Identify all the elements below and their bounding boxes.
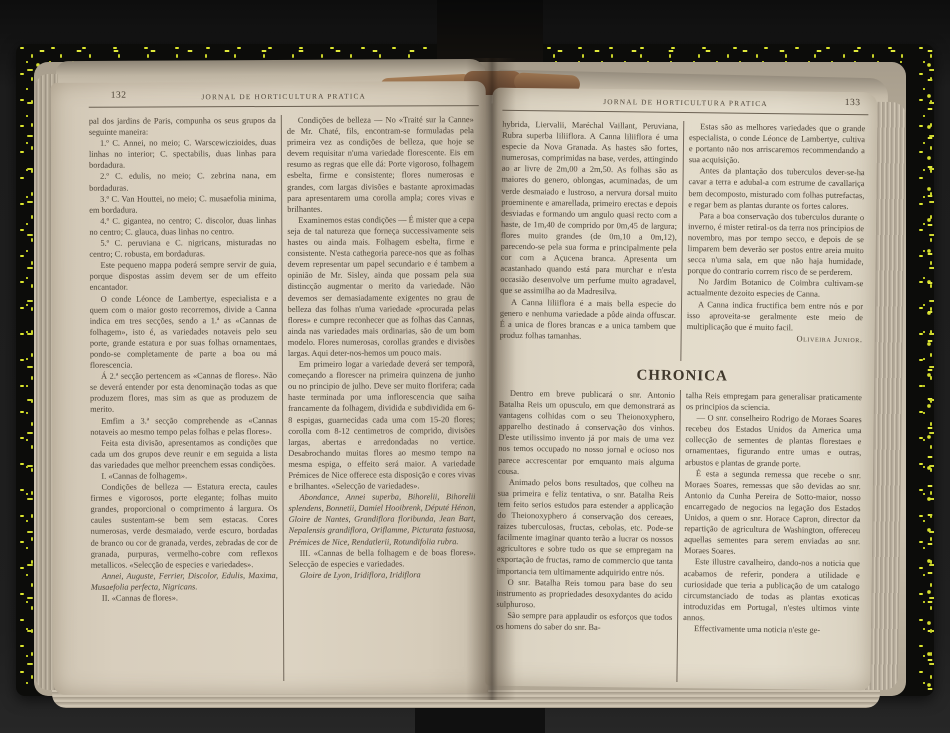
article-columns: hybrida, Liervalii, Maréchal Vaillant, P… xyxy=(499,119,868,363)
paragraph: Em primeiro logar a variedade deverá ser… xyxy=(288,358,476,492)
running-title: JORNAL DE HORTICULTURA PRATICA xyxy=(502,96,868,109)
running-title: JORNAL DE HORTICULTURA PRATICA xyxy=(89,91,479,102)
paragraph-variety-list: Abondance, Annei superba, Bihorelii, Bih… xyxy=(288,491,475,547)
paragraph: Estas são as melhores variedades que o g… xyxy=(689,121,866,168)
paragraph: Para a boa conservação dos tuberculos du… xyxy=(687,210,864,279)
paragraph: A Canna liliiflora é a mais bella especi… xyxy=(500,296,677,343)
left-page-header: 132 JORNAL DE HORTICULTURA PRATICA xyxy=(89,89,479,105)
column-divider xyxy=(281,115,284,681)
chronica-column-2: talha Reis empregam para generalisar pra… xyxy=(682,390,862,684)
paragraph: hybrida, Liervalii, Maréchal Vaillant, P… xyxy=(500,119,678,299)
article-column-2: Estas são as melhores variedades que o g… xyxy=(686,121,865,363)
right-page-content: JORNAL DE HORTICULTURA PRATICA 133 hybri… xyxy=(495,94,868,684)
paragraph-variety-list: Gloire de Lyon, Iridiflora, Iridiflora xyxy=(289,569,476,581)
paragraph: São sempre para applaudir os esforços qu… xyxy=(496,610,672,634)
paragraph: Effectivamente uma noticia n'este ge- xyxy=(683,623,859,636)
paragraph: Feita esta divisão, apresentamos as cond… xyxy=(90,437,277,471)
paragraph: Emfim a 3.ª secção comprehende as «Canna… xyxy=(90,414,277,437)
paragraph: Examinemos estas condições — É mister qu… xyxy=(287,214,475,359)
book-scan-scene: 132 JORNAL DE HORTICULTURA PRATICA pal d… xyxy=(0,0,950,733)
paragraph: Animado pelos bons resultados, que colhe… xyxy=(497,477,674,579)
paragraph: Antes da plantação dos tuberculos dever-… xyxy=(688,165,865,212)
section-heading-chronica: CHRONICA xyxy=(499,366,865,387)
paragraph: No Jardim Botanico de Coimbra cultivam-s… xyxy=(687,276,863,300)
paragraph: Condições de belleza — No «Traité sur la… xyxy=(287,114,474,215)
paragraph: 4.º C. gigantea, no centro; C. discolor,… xyxy=(89,215,276,238)
chronica-columns: Dentro em breve publicará o snr. Antonio… xyxy=(495,388,865,684)
left-page: 132 JORNAL DE HORTICULTURA PRATICA pal d… xyxy=(51,81,489,695)
paragraph: Condições de belleza — Estatura erecta, … xyxy=(90,481,277,571)
article-column-1: hybrida, Liervalii, Maréchal Vaillant, P… xyxy=(499,119,678,361)
paragraph: 1.º C. Annei, no meio; C. Warscewiczioid… xyxy=(89,137,276,171)
paragraph: 5.º C. peruviana e C. nigricans, mistura… xyxy=(89,237,276,260)
paragraph-variety-list: Annei, Auguste, Ferrier, Discolor, Eduli… xyxy=(91,570,278,593)
right-page: JORNAL DE HORTICULTURA PRATICA 133 hybri… xyxy=(485,88,877,691)
paragraph: pal dos jardins de Paris, compunha os se… xyxy=(89,115,276,138)
paragraph: Este illustre cavalheiro, dando-nos a no… xyxy=(683,556,860,625)
paragraph: 2.º C. edulis, no meio; C. zebrina nana,… xyxy=(89,170,276,193)
paragraph: talha Reis empregam para generalisar pra… xyxy=(686,390,862,414)
left-page-column-2: Condições de belleza — No «Traité sur la… xyxy=(287,114,476,681)
paragraph: I. «Cannas de folhagem». xyxy=(90,470,277,482)
paragraph: É esta a segunda remessa que recebe o sn… xyxy=(684,468,861,559)
paragraph: O conde Léonce de Lambertye, especialist… xyxy=(90,292,277,370)
column-divider xyxy=(680,121,684,361)
column-divider xyxy=(676,390,681,682)
paragraph: Dentro em breve publicará o snr. Antonio… xyxy=(498,388,675,479)
left-page-columns: pal dos jardins de Paris, compunha os se… xyxy=(89,114,481,682)
paragraph: A Canna indica fructifica bem entre nós … xyxy=(687,299,863,334)
paragraph: Á 2.ª secção pertencem as «Cannas de flo… xyxy=(90,370,277,415)
article-signature: Oliveira Junior. xyxy=(687,332,863,345)
page-number: 133 xyxy=(845,98,861,108)
paragraph: Este pequeno mappa poderá sempre servir … xyxy=(89,259,276,293)
left-page-column-1: pal dos jardins de Paris, compunha os se… xyxy=(89,115,278,682)
chronica-column-1: Dentro em breve publicará o snr. Antonio… xyxy=(495,388,675,682)
paragraph: II. «Cannas de flores». xyxy=(91,592,278,604)
header-rule xyxy=(89,105,479,108)
paragraph: — O snr. conselheiro Rodrigo de Moraes S… xyxy=(685,412,862,470)
paragraph: III. «Cannas de bella folhagem e de boas… xyxy=(289,547,476,570)
paragraph: O snr. Batalha Reis tomou para base do s… xyxy=(496,576,672,611)
left-page-content: 132 JORNAL DE HORTICULTURA PRATICA pal d… xyxy=(89,89,482,682)
paragraph: 3.º C. Van Houttei, no meio; C. musaefol… xyxy=(89,193,276,216)
